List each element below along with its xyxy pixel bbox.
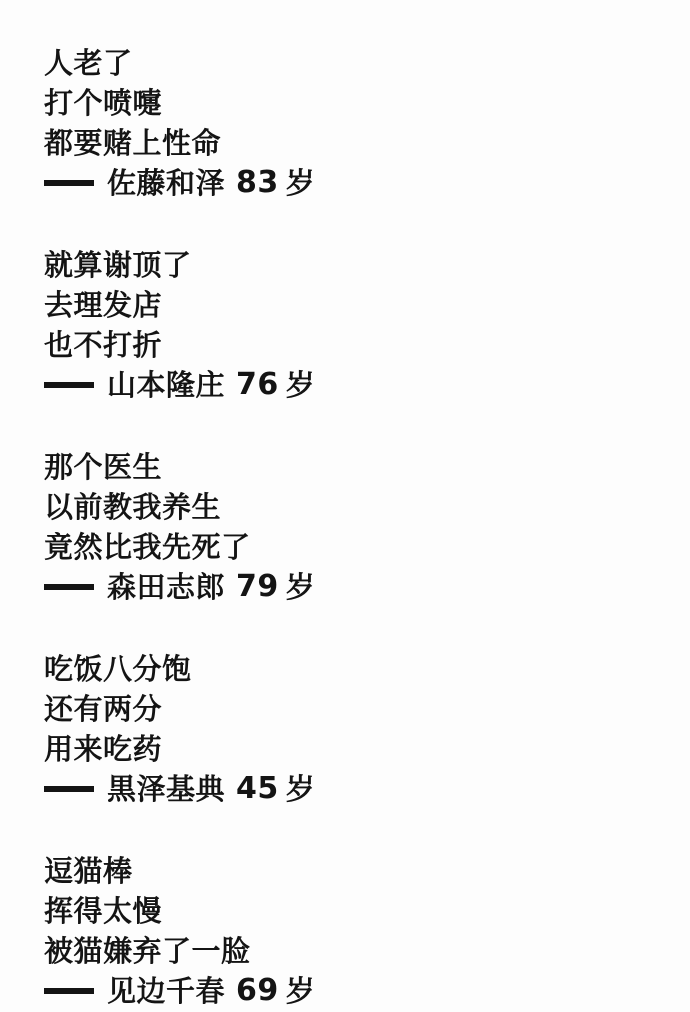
- poem-line: 用来吃药: [44, 729, 670, 769]
- author-name: 佐藤和泽: [107, 163, 225, 203]
- poem: 那个医生 以前教我养生 竟然比我先死了 —— 森田志郎 79 岁: [44, 447, 670, 607]
- author-age: 45: [236, 769, 279, 809]
- author-name: 森田志郎: [107, 567, 225, 607]
- author-age: 69: [236, 971, 279, 1011]
- poem: 吃饭八分饱 还有两分 用来吃药 —— 黒泽基典 45 岁: [44, 649, 670, 809]
- poem-attribution: —— 黒泽基典 45 岁: [44, 769, 670, 809]
- age-unit: 岁: [286, 769, 316, 809]
- poem-attribution: —— 森田志郎 79 岁: [44, 567, 670, 607]
- author-name: 山本隆庄: [107, 365, 225, 405]
- em-dash: ——: [44, 584, 94, 590]
- poem: 逗猫棒 挥得太慢 被猫嫌弃了一脸 —— 见边千春 69 岁: [44, 851, 670, 1011]
- author-name: 黒泽基典: [107, 769, 225, 809]
- author-age: 83: [236, 163, 279, 203]
- poem-line: 都要赌上性命: [44, 123, 670, 163]
- em-dash: ——: [44, 988, 94, 994]
- poem-line: 逗猫棒: [44, 851, 670, 891]
- em-dash: ——: [44, 382, 94, 388]
- poem-attribution: —— 佐藤和泽 83 岁: [44, 163, 670, 203]
- em-dash: ——: [44, 180, 94, 186]
- poem-attribution: —— 山本隆庄 76 岁: [44, 365, 670, 405]
- poem: 人老了 打个喷嚏 都要赌上性命 —— 佐藤和泽 83 岁: [44, 43, 670, 203]
- poem-line: 竟然比我先死了: [44, 527, 670, 567]
- age-unit: 岁: [286, 971, 316, 1011]
- poem-line: 还有两分: [44, 689, 670, 729]
- author-age: 79: [236, 567, 279, 607]
- poem-line: 被猫嫌弃了一脸: [44, 931, 670, 971]
- poem-line: 吃饭八分饱: [44, 649, 670, 689]
- age-unit: 岁: [286, 163, 316, 203]
- poem-line: 那个医生: [44, 447, 670, 487]
- poems-page: 人老了 打个喷嚏 都要赌上性命 —— 佐藤和泽 83 岁 就算谢顶了 去理发店 …: [0, 0, 690, 1012]
- poem: 就算谢顶了 去理发店 也不打折 —— 山本隆庄 76 岁: [44, 245, 670, 405]
- poem-line: 也不打折: [44, 325, 670, 365]
- poem-line: 去理发店: [44, 285, 670, 325]
- poem-line: 挥得太慢: [44, 891, 670, 931]
- poem-line: 打个喷嚏: [44, 83, 670, 123]
- em-dash: ——: [44, 786, 94, 792]
- poem-line: 就算谢顶了: [44, 245, 670, 285]
- author-age: 76: [236, 365, 279, 405]
- poem-line: 人老了: [44, 43, 670, 83]
- poem-attribution: —— 见边千春 69 岁: [44, 971, 670, 1011]
- age-unit: 岁: [286, 567, 316, 607]
- author-name: 见边千春: [107, 971, 225, 1011]
- poem-line: 以前教我养生: [44, 487, 670, 527]
- age-unit: 岁: [286, 365, 316, 405]
